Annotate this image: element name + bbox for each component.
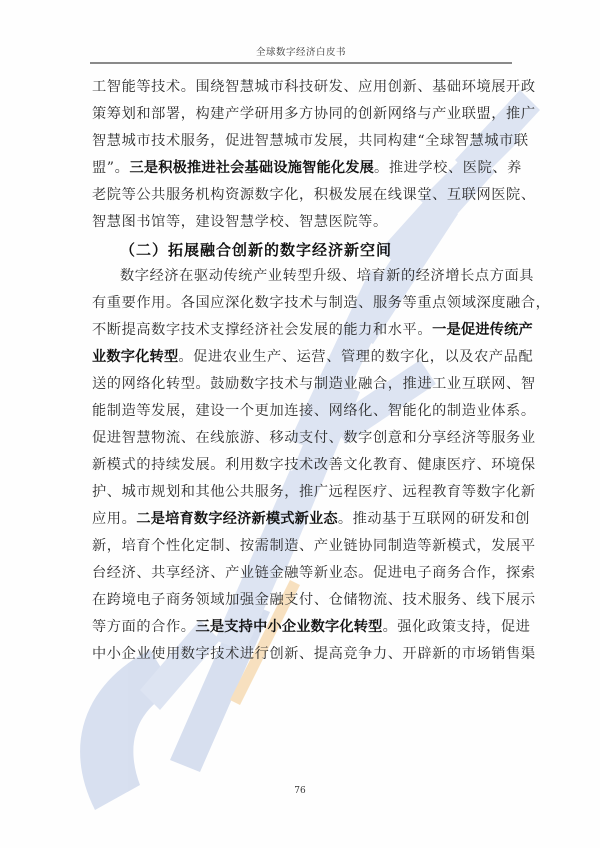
text-line: 智慧城市技术服务，促进智慧城市发展，共同构建“全球智慧城市联 [92,132,513,159]
text-line: 在跨境电子商务领域加强金融支付、仓储物流、技术服务、线下展示 [92,591,513,618]
text-line: 等方面的合作。三是支持中小企业数字化转型。强化政策支持，促进 [92,618,513,645]
text-line: 应用。二是培育数字经济新模式新业态。推动基于互联网的研发和创 [92,510,513,537]
text-line: 数字经济在驱动传统产业转型升级、培育新的经济增长点方面具 [92,267,513,294]
text-line: 不断提高数字技术支撑经济社会发展的能力和水平。一是促进传统产 [92,321,513,348]
body-text: 工智能等技术。围绕智慧城市科技研发、应用创新、基础环境展开政 策筹划和部署，构建… [92,78,513,672]
text-span: 送的网络化转型。鼓励数字技术与制造业融合，推进工业互联网、智 [92,376,536,392]
text-span: 。促进农业生产、运营、管理的数字化，以及农产品配 [178,349,533,365]
text-span: 智慧城市技术服务，促进智慧城市发展，共同构建“全球智慧城市联 [92,133,529,149]
text-line: 老院等公共服务机构资源数字化，积极发展在线课堂、互联网医院、 [92,186,513,213]
text-span: 工智能等技术。围绕智慧城市科技研发、应用创新、基础环境展开政 [92,79,536,95]
text-line: 工智能等技术。围绕智慧城市科技研发、应用创新、基础环境展开政 [92,78,513,105]
text-line: 台经济、共享经济、产业链金融等新业态。促进电子商务合作，探索 [92,564,513,591]
text-line: 能制造等发展，建设一个更加连接、网络化、智能化的制造业体系。 [92,402,513,429]
text-line: 新模式的持续发展。利用数字技术改善文化教育、健康医疗、环境保 [92,456,513,483]
text-line: 盟”。三是积极推进社会基础设施智能化发展。推进学校、医院、养 [92,159,513,186]
text-span: 数字经济在驱动传统产业转型升级、培育新的经济增长点方面具 [120,268,534,284]
text-span: 护、城市规划和其他公共服务，推广远程医疗、远程教育等数字化新 [92,484,536,500]
document-page: 全球数字经济白皮书 工智能等技术。围绕智慧城市科技研发、应用创新、基础环境展开政… [0,0,600,848]
text-span: 新模式的持续发展。利用数字技术改善文化教育、健康医疗、环境保 [92,457,536,473]
emphasis-text: 一是促进传统产 [432,322,533,338]
text-span: 智慧图书馆等，建设智慧学校、智慧医院等。 [92,214,388,230]
text-line: 中小企业使用数字技术进行创新、提高竞争力、开辟新的市场销售渠 [92,645,513,672]
text-span: 促进智慧物流、在线旅游、移动支付、数字创意和分享经济等服务业 [92,430,536,446]
text-line: 有重要作用。各国应深化数字技术与制造、服务等重点领域深度融合， [92,294,513,321]
text-span: 中小企业使用数字技术进行创新、提高竞争力、开辟新的市场销售渠 [92,646,536,662]
page-number: 76 [0,786,600,796]
header-rule [90,62,512,64]
text-span: 不断提高数字技术支撑经济社会发展的能力和水平。 [92,322,432,338]
text-span: 有重要作用。各国应深化数字技术与制造、服务等重点领域深度融合， [92,295,550,311]
text-span: 等方面的合作。 [92,619,196,635]
text-span: 能制造等发展，建设一个更加连接、网络化、智能化的制造业体系。 [92,403,536,419]
text-span: 。推进学校、医院、养 [374,160,522,176]
text-line: 策筹划和部署，构建产学研用多方协同的创新网络与产业联盟，推广 [92,105,513,132]
text-line: 新，培育个性化定制、按需制造、产业链协同制造等新模式，发展平 [92,537,513,564]
text-span: 老院等公共服务机构资源数字化，积极发展在线课堂、互联网医院、 [92,187,536,203]
text-span: 策筹划和部署，构建产学研用多方协同的创新网络与产业联盟，推广 [92,106,536,122]
text-line: 护、城市规划和其他公共服务，推广远程医疗、远程教育等数字化新 [92,483,513,510]
text-line: 送的网络化转型。鼓励数字技术与制造业融合，推进工业互联网、智 [92,375,513,402]
text-line: 促进智慧物流、在线旅游、移动支付、数字创意和分享经济等服务业 [92,429,513,456]
running-header: 全球数字经济白皮书 [90,44,512,58]
text-span: 在跨境电子商务领域加强金融支付、仓储物流、技术服务、线下展示 [92,592,536,608]
emphasis-text: 二是培育数字经济新模式新业态 [136,511,337,527]
emphasis-text: 三是支持中小企业数字化转型 [196,619,383,635]
emphasis-text: 三是积极推进社会基础设施智能化发展 [129,160,374,176]
emphasis-text: 业数字化转型 [92,349,178,365]
text-span: 盟”。 [92,160,129,176]
text-span: 台经济、共享经济、产业链金融等新业态。促进电子商务合作，探索 [92,565,536,581]
text-span: 。强化政策支持，促进 [383,619,531,635]
text-span: 应用。 [92,511,136,527]
text-line: 智慧图书馆等，建设智慧学校、智慧医院等。 [92,213,513,240]
text-span: 。推动基于互联网的研发和创 [338,511,530,527]
section-heading: （二）拓展融合创新的数字经济新空间 [92,240,513,267]
text-line: 业数字化转型。促进农业生产、运营、管理的数字化，以及农产品配 [92,348,513,375]
text-span: 新，培育个性化定制、按需制造、产业链协同制造等新模式，发展平 [92,538,536,554]
